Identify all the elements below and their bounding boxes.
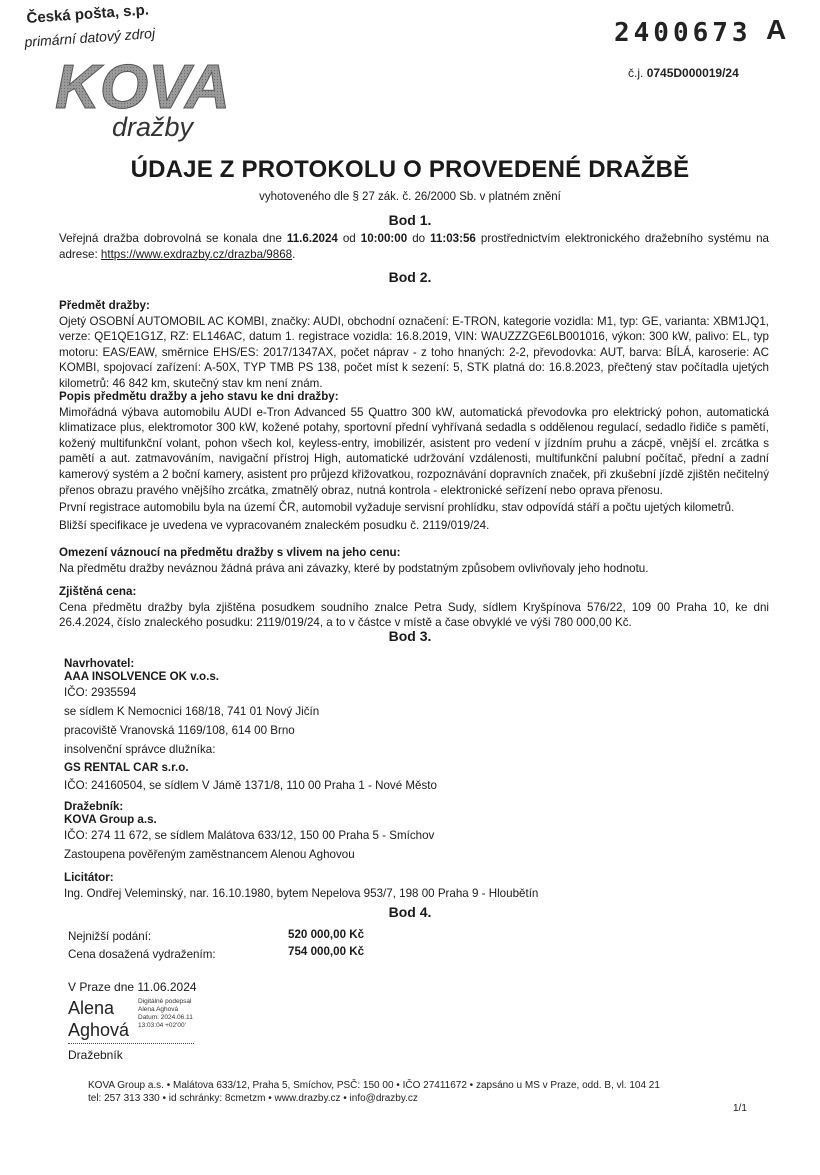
page-subtitle: vyhotoveného dle § 27 zák. č. 26/2000 Sb… <box>0 191 820 203</box>
price-section: Zjištěná cena: Cena předmětu dražby byla… <box>59 584 769 631</box>
footer: KOVA Group a.s. • Malátova 633/12, Praha… <box>88 1079 660 1105</box>
price-text: Cena předmětu dražby byla zjištěna posud… <box>59 600 769 631</box>
reference-value: 0745D000019/24 <box>647 66 739 80</box>
encumbrance-section: Omezení váznoucí na předmětu dražby s vl… <box>59 545 769 576</box>
licitator-block: Licitátor: Ing. Ondřej Veleminský, nar. … <box>64 871 538 903</box>
section-heading-bod3: Bod 3. <box>0 628 820 644</box>
signature-last-name: Aghová <box>68 1020 129 1041</box>
kova-logo-icon: KOVA <box>55 58 235 114</box>
subject-section: Předmět dražby: Ojetý OSOBNÍ AUTOMOBIL A… <box>59 298 769 392</box>
encumbrance-text: Na předmětu dražby neváznou žádná práva … <box>59 561 769 577</box>
price-heading: Zjištěná cena: <box>59 584 769 600</box>
document-number: 2400673 <box>614 18 752 48</box>
auctioneer-info: IČO: 274 11 672, se sídlem Malátova 633/… <box>64 826 434 845</box>
footer-contact-line: tel: 257 313 330 • id schránky: 8cmetzm … <box>88 1092 660 1105</box>
proposer-block: Navrhovatel: AAA INSOLVENCE OK v.o.s. IČ… <box>64 657 437 795</box>
specification-text: Bližší specifikace je uvedena ve vypraco… <box>59 518 769 534</box>
logo-subtitle: dražby <box>112 112 193 143</box>
subject-heading: Předmět dražby: <box>59 298 769 314</box>
digital-signature-info: Digitálně podepsal Alena Aghová Datum: 2… <box>138 998 193 1030</box>
signature-meta-line: Digitálně podepsal <box>138 998 193 1006</box>
description-text: Mimořádná výbava automobilu AUDI e-Tron … <box>59 405 769 499</box>
registration-text: První registrace automobilu byla na územ… <box>59 500 769 516</box>
section-heading-bod2: Bod 2. <box>0 269 820 285</box>
subject-text: Ojetý OSOBNÍ AUTOMOBIL AC KOMBI, značky:… <box>59 314 769 392</box>
post-stamp-source: primární datový zdroj <box>24 25 156 50</box>
auction-time-to: 11:03:56 <box>430 232 476 245</box>
proposer-seat: se sídlem K Nemocnici 168/18, 741 01 Nov… <box>64 702 437 721</box>
text: do <box>407 232 430 245</box>
final-price-value: 754 000,00 Kč <box>288 943 364 960</box>
licitator-heading: Licitátor: <box>64 871 538 884</box>
lowest-bid-label: Nejnižší podání: <box>68 928 151 945</box>
description-heading: Popis předmětu dražby a jeho stavu ke dn… <box>59 389 769 405</box>
auctioneer-block: Dražebník: KOVA Group a.s. IČO: 274 11 6… <box>64 800 434 864</box>
final-price-label: Cena dosažená vydražením: <box>68 946 216 963</box>
document-number-suffix: A <box>766 14 786 46</box>
licitator-info: Ing. Ondřej Veleminský, nar. 16.10.1980,… <box>64 884 538 903</box>
post-stamp: Česká pošta, s.p. <box>26 1 149 27</box>
auctioneer-name: KOVA Group a.s. <box>64 813 434 826</box>
place-date: V Praze dne 11.06.2024 <box>68 980 197 994</box>
text: od <box>338 232 361 245</box>
description-section: Popis předmětu dražby a jeho stavu ke dn… <box>59 389 769 498</box>
reference-label: č.j. <box>628 66 643 80</box>
proposer-office: pracoviště Vranovská 1169/108, 614 00 Br… <box>64 721 437 740</box>
signature-role: Dražebník <box>68 1048 123 1062</box>
signature-meta-line: 13:03:04 +02'00' <box>138 1022 193 1030</box>
debtor-info: IČO: 24160504, se sídlem V Jámě 1371/8, … <box>64 776 437 795</box>
page-title: ÚDAJE Z PROTOKOLU O PROVEDENÉ DRAŽBĚ <box>0 156 820 184</box>
auctioneer-heading: Dražebník: <box>64 800 434 813</box>
proposer-ico: IČO: 2935594 <box>64 683 437 702</box>
reference-number: č.j. 0745D000019/24 <box>628 66 739 80</box>
auction-link[interactable]: https://www.exdrazby.cz/drazba/9868 <box>101 248 292 261</box>
section-heading-bod4: Bod 4. <box>0 904 820 920</box>
proposer-name: AAA INSOLVENCE OK v.o.s. <box>64 670 437 683</box>
svg-text:KOVA: KOVA <box>55 58 230 114</box>
signature-first-name: Alena <box>68 998 114 1019</box>
encumbrance-heading: Omezení váznoucí na předmětu dražby s vl… <box>59 545 769 561</box>
signature-meta-line: Alena Aghová <box>138 1006 193 1014</box>
signature-divider <box>68 1043 194 1044</box>
page-number: 1/1 <box>733 1103 747 1114</box>
footer-company-line: KOVA Group a.s. • Malátova 633/12, Praha… <box>88 1079 660 1092</box>
section-heading-bod1: Bod 1. <box>0 212 820 228</box>
lowest-bid-value: 520 000,00 Kč <box>288 926 364 943</box>
auction-time-from: 10:00:00 <box>361 232 407 245</box>
proposer-role: insolvenční správce dlužníka: <box>64 740 437 759</box>
text: Veřejná dražba dobrovolná se konala dne <box>59 232 287 245</box>
auction-time-paragraph: Veřejná dražba dobrovolná se konala dne … <box>59 231 769 262</box>
auction-date: 11.6.2024 <box>287 232 338 245</box>
debtor-name: GS RENTAL CAR s.r.o. <box>64 759 437 776</box>
text: . <box>292 248 295 261</box>
signature-meta-line: Datum: 2024.06.11 <box>138 1014 193 1022</box>
proposer-heading: Navrhovatel: <box>64 657 437 670</box>
auctioneer-representative: Zastoupena pověřeným zaměstnancem Alenou… <box>64 845 434 864</box>
